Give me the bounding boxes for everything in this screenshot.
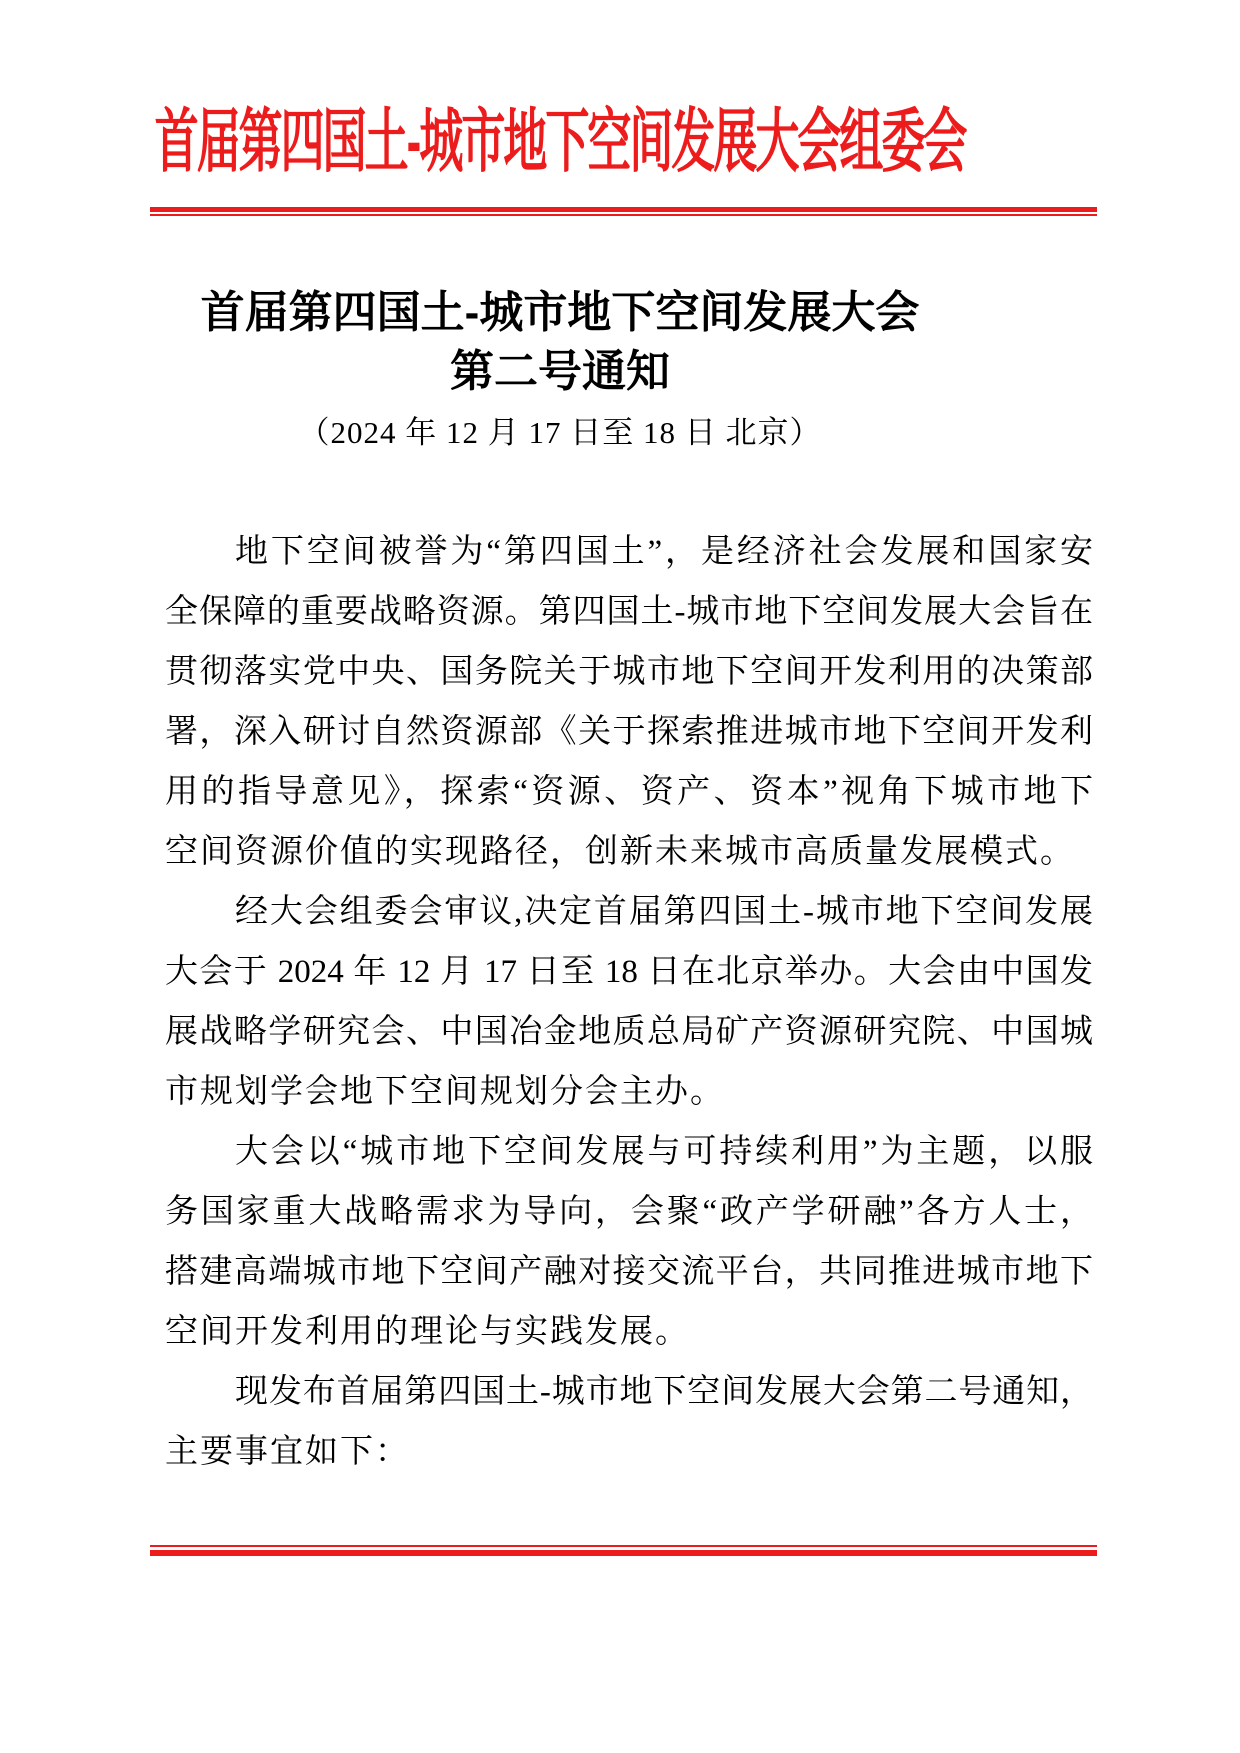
notice-title: 首届第四国土-城市地下空间发展大会 第二号通知: [0, 283, 1120, 401]
body-line: 经大会组委会审议,决定首届第四国土-城市地下空间发展: [165, 882, 1093, 942]
body-line: 大会以“城市地下空间发展与可持续利用”为主题，以服: [165, 1122, 1093, 1182]
body-line: 用的指导意见》，探索“资源、资产、资本”视角下城市地下: [165, 762, 1093, 822]
notice-body: 地下空间被誉为“第四国土”，是经济社会发展和国家安全保障的重要战略资源。第四国土…: [165, 522, 1093, 1482]
notice-title-line-2: 第二号通知: [0, 342, 1120, 401]
body-line: 贯彻落实党中央、国务院关于城市地下空间开发利用的决策部: [165, 642, 1093, 702]
organization-banner-title: 首届第四国土-城市地下空间发展大会组委会: [0, 67, 1120, 203]
body-line: 主要事宜如下：: [165, 1422, 1093, 1482]
notice-title-line-1: 首届第四国土-城市地下空间发展大会: [0, 283, 1120, 342]
body-line: 搭建高端城市地下空间产融对接交流平台，共同推进城市地下: [165, 1242, 1093, 1302]
document-page: 首届第四国土-城市地下空间发展大会组委会 首届第四国土-城市地下空间发展大会 第…: [0, 0, 1240, 1753]
body-line: 空间开发利用的理论与实践发展。: [165, 1302, 1093, 1362]
body-line: 大会于 2024 年 12 月 17 日至 18 日在北京举办。大会由中国发: [165, 942, 1093, 1002]
body-line: 现发布首届第四国土-城市地下空间发展大会第二号通知，: [165, 1362, 1093, 1422]
footer-rule-thick: [150, 1550, 1097, 1556]
body-line: 市规划学会地下空间规划分会主办。: [165, 1062, 1093, 1122]
body-line: 全保障的重要战略资源。第四国土-城市地下空间发展大会旨在: [165, 582, 1093, 642]
footer-double-rule: [150, 1545, 1097, 1556]
body-line: 展战略学研究会、中国冶金地质总局矿产资源研究院、中国城: [165, 1002, 1093, 1062]
body-line: 务国家重大战略需求为导向，会聚“政产学研融”各方人士，: [165, 1182, 1093, 1242]
body-line: 地下空间被誉为“第四国土”，是经济社会发展和国家安: [165, 522, 1093, 582]
header-double-rule: [150, 207, 1097, 216]
header-rule-thin: [150, 214, 1097, 216]
body-line: 署，深入研讨自然资源部《关于探索推进城市地下空间开发利: [165, 702, 1093, 762]
date-location-line: （2024 年 12 月 17 日至 18 日 北京）: [0, 407, 1120, 452]
body-line: 空间资源价值的实现路径，创新未来城市高质量发展模式。: [165, 822, 1093, 882]
